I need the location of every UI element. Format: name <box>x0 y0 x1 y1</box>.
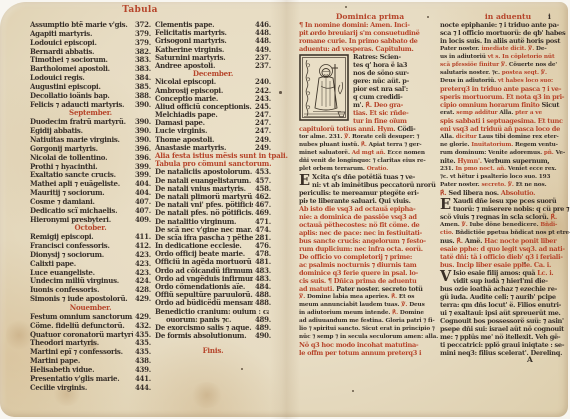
toc-row: Nicolai episcopi.240. <box>155 78 271 86</box>
text-line: Alla. dicitur Laus tibi domine rex eter- <box>440 133 564 141</box>
drop-cap-initial: E <box>440 197 451 213</box>
toc-entry-label: Ordo ad büdicëdü mensam <box>155 299 253 307</box>
rubric-text: ℟. <box>456 237 464 245</box>
toc-row: De exorcismo salis ⁊ aque.489. <box>155 324 271 332</box>
toc-entry-label: Aliud officiü conceptionis. <box>155 103 253 111</box>
body-text: Apiat terra ⁊ ger- <box>369 142 422 148</box>
toc-row: Presentatio v'glis marie.441. <box>30 375 151 384</box>
toc-row: Grisogoni martyris.448. <box>155 37 271 45</box>
toc-entry-label: De natali vni' pfes. pötificis. <box>155 201 253 209</box>
toc-row: Martini pape.438. <box>30 357 151 366</box>
text-line: 231. In pmo noct. añ. Veniet ecce rex. <box>440 165 564 173</box>
toc-entry-label: Clementis pape. <box>155 21 253 29</box>
toc-entry-label: Benedictio cranium: ouium : casei <box>155 308 269 316</box>
toc-entry-label: Assumptio btë marie v'gis. <box>30 21 133 30</box>
toc-row: De natalitio virginum.471. <box>155 218 271 226</box>
toc-entry-label: De natali euangelistarum. <box>155 177 253 185</box>
body-text: meum annunciabit laudem tuas. <box>299 302 401 308</box>
toc-entry-label: Ambrosij episcopi. <box>155 87 253 95</box>
text-line: ti peccatrici: pplö graui iniqtate : se- <box>440 341 564 349</box>
text-line: Isio esaie filij amos: quä Lc. i. <box>440 269 564 277</box>
toc-entry-label: Felicitatis martyris. <box>155 29 253 37</box>
body-text: tor alme. 231. <box>299 134 344 140</box>
text-line: nocte epiphanie: ⁊ i triduo ante pa- <box>440 21 564 29</box>
toc-row: De natali vni' pfes. pötificis.467. <box>155 201 271 209</box>
toc-entry-label: Dionysij ⁊ sociorum. <box>30 251 133 260</box>
rubric-text: aduentu: ad vesperas. Capitulum. <box>299 45 413 53</box>
toc-entry-label: Nicolai de tollentino. <box>30 154 133 163</box>
rubric-text: tatë dñi: tä i officio dieb' q3 i ferial… <box>440 253 563 261</box>
text-line: esaie pphe: d quo legit vsq3. ad nati- <box>440 245 564 253</box>
toc-row: Martini epï ⁊ confessoris.435. <box>30 348 151 357</box>
text-line: ad matuti. Pater noster. secreto totü <box>299 285 437 293</box>
rubric-text: bus sancte crucis: angelorum ⁊ festo- <box>299 237 426 245</box>
body-text: ⁊c. vt hëtur i psalterio loco suo. 193 <box>440 174 550 180</box>
text-line: me: ⁊ pplüs me' nö itellexit. Veh gë- <box>440 333 564 341</box>
toc-entry-label: Quatuor coronatorü martyrü. <box>30 331 133 340</box>
toc-row: Mathei apli ⁊ euägeliste.404. <box>30 180 151 189</box>
toc-row: Assumptio btë marie v'gis.372. <box>30 21 151 30</box>
toc-entry-label: Ordo cömendationis aïe. <box>155 283 253 291</box>
body-text: Veniet ecce rex. <box>508 166 557 172</box>
body-text: Amë. <box>465 237 484 245</box>
toc-entry-label: Saturnini martyris. <box>155 54 253 62</box>
body-text: Xaudi dñe iesu xpe pces suorü <box>453 197 556 205</box>
rubric-text: Lc. i. <box>537 269 553 277</box>
text-line: octauä pëthecostes: nö fit cöme. de <box>299 221 437 229</box>
body-text: erat. <box>440 110 456 116</box>
toc-row: Dionysij ⁊ sociorum.423. <box>30 251 151 260</box>
toc-entry-label: Katherine virginis. <box>155 46 253 54</box>
text-line: sca ⁊ l officio mortuorü: de qb' habes <box>440 29 564 37</box>
toc-entry-label: Ordo ad cöicandü ifirmum. <box>155 267 253 275</box>
text-line: nie: a dominica de passiöe vsq3 ad <box>299 213 437 221</box>
rubric-text: speris mortuorum. Et nota q3 in pri- <box>440 93 564 101</box>
toc-page-number: 390. <box>133 101 151 110</box>
text-line: minet saluatorë. Ad mgt añ. Ecce nomen <box>299 149 437 157</box>
rubric-text: vt habes loco suo: <box>498 78 553 84</box>
text-line: eni vsq3 ad triduü añ pasca loco de <box>440 125 564 133</box>
body-text: Regem ventu- <box>515 142 558 148</box>
toc-entry-label: Calixti pape. <box>30 260 133 269</box>
woodcut-initial-saint-icon <box>299 54 349 121</box>
text-line: scä pfessiöe finitur ℣. Cöuerte nos de' <box>440 61 564 69</box>
body-text: dñi venit de longinquo: ⁊ claritas eius … <box>299 158 426 164</box>
toc-entry-label: De exorcismo salis ⁊ aque. <box>155 324 253 332</box>
body-text: nos de söno sur- <box>353 69 409 77</box>
toc-row: De nataliciis apostolorum.453. <box>155 168 271 176</box>
body-text: Sed libera nos. <box>448 189 500 197</box>
body-text: Et ne nos. <box>516 182 547 188</box>
toc-row: Augustini episcopi.385. <box>30 83 151 92</box>
rubric-text: eni vsq3 ad triduü añ pasca loco de <box>440 125 560 133</box>
toc-page-number: 490. <box>253 332 271 340</box>
toc-entry-label: De natali plimorü martyrü. <box>155 193 253 201</box>
body-text: Cöuerte nos de' <box>509 62 557 68</box>
text-line: ne glorie. Inuitatorium. Regem ventu- <box>440 141 564 149</box>
toc-entry-label: Luce euangeliste. <box>30 269 133 278</box>
body-text: psepe dñi sui: israel aüt nö cognouit <box>440 325 564 333</box>
body-text: lio ⁊ spiritui sancto. Sicut erat in pri… <box>299 326 435 332</box>
toc-entry-label: Offiü sepultüre paruulorü. <box>155 291 253 299</box>
body-text: Et os <box>399 294 414 300</box>
rubric-text: pñ. <box>544 150 556 156</box>
toc-row: De natali plimorü martyrü.462. <box>155 193 271 201</box>
toc-entry-label: Mauritij ⁊ sociorum. <box>30 189 133 198</box>
toc-row: Exaltatio sancte crucis.399. <box>30 171 151 180</box>
rubric-text: ℣. <box>401 302 409 308</box>
body-text: us in adiutoriü <box>440 54 488 60</box>
toc-entry-label: Francisci confessoris. <box>30 242 133 251</box>
body-text: in locis suis. In aliis autë horis post <box>440 37 560 45</box>
body-text: ad adiuuandum me festina. Gloria patri ⁊… <box>299 318 435 324</box>
toc-entry-label: Theodori martyris. <box>30 339 133 348</box>
rubric-text: esaie pphe: d quo legit vsq3. ad nati- <box>440 245 565 253</box>
text-line: Pater noster. imediate dicit. ℣. De- <box>440 45 564 53</box>
toc-row: De formis absolutionum.490. <box>155 332 271 340</box>
toc-entry-label: Natiuitas marie virginis. <box>30 136 133 145</box>
toc-entry-label: Lodouici episcopi. <box>30 39 133 48</box>
body-text: nubes pluant iustü. <box>299 142 361 148</box>
body-text: Pater noster. <box>440 46 481 52</box>
body-text: mini neq3: filius scelerat'. Derelinq. <box>440 349 562 357</box>
body-text: Ve- <box>556 150 566 156</box>
rubric-text: nie: a dominica de passiöe vsq3 ad <box>299 213 417 221</box>
toc-row: Prothi ⁊ hyacinthi.399. <box>30 163 151 172</box>
body-text: Ecce nomen <box>387 150 425 156</box>
toc-entry-label: Prothi ⁊ hyacinthi. <box>30 163 133 172</box>
rubric-text: Absolutio. <box>501 189 535 197</box>
rubric-text: Inuitatorium. <box>471 142 515 148</box>
text-line: nus. ℟. Amë. Hac nocte ponit liber <box>440 237 564 245</box>
toc-row: Melchiadis pape.247. <box>155 111 271 119</box>
text-line: ctio. Bñdictiöe ppetua bñdicat nos pt et… <box>440 229 564 237</box>
body-text: nus. <box>440 237 456 245</box>
body-text: Cödi- <box>397 125 415 133</box>
toc-entry-label: Exaltatio sancte crucis. <box>30 171 133 180</box>
toc-entry-label: Martini pape. <box>30 357 133 366</box>
body-text: Domine labia mea aperies. <box>307 294 391 300</box>
toc-row: Ordo ad cöicandü ifirmum.483. <box>155 267 271 275</box>
text-line: pi: te liberante saluari. Qui viuis. <box>299 197 437 205</box>
toc-entry-label: Cecilie virginis. <box>30 384 133 393</box>
body-text: ni: vt ab iminëtibus peccatorü nrorü <box>312 181 436 189</box>
toc-row: Bernardi abbatis.382. <box>30 48 151 57</box>
text-line: ac psalmis nocturnis ⁊ diurnis tam <box>299 261 437 269</box>
toc-row: Felicitatis martyris.448. <box>155 29 271 37</box>
toc-entry-label: De scä nec v'gine nec mar. <box>155 226 253 234</box>
body-text: Domine <box>400 310 424 316</box>
drop-cap-initial: E <box>299 173 310 189</box>
toc-row: Bartholomei apostoli.383. <box>30 65 151 74</box>
rubric-text: cis suis. ¶ Dñica prima de aduentu <box>299 277 416 285</box>
toc-entry-label: De natali vnius martyris. <box>155 185 253 193</box>
text-line: bus. Incip liber esaie pphe. Ca. i. <box>440 261 564 269</box>
toc-row: Remigij episcopi.411. <box>30 233 151 242</box>
toc-row: Francisci confessoris.412. <box>30 242 151 251</box>
rubric-text: ℟. <box>361 142 369 148</box>
running-header-right: in aduentu <box>468 12 548 21</box>
rubric-text: Hymn'. <box>457 157 483 165</box>
rubric-text: ℟. <box>550 213 556 221</box>
rubric-text: Bñdi- <box>540 222 557 228</box>
text-line: spis sabbati i septuagesima. Et tunc <box>440 117 564 125</box>
toc-entry-label: Agapiti martyris. <box>30 30 133 39</box>
toc-row: Cosme ⁊ damiani.407. <box>30 198 151 207</box>
body-text: q cum credidi- <box>353 93 402 101</box>
ink-speck <box>352 390 354 392</box>
body-text: ne glorie. <box>440 142 471 148</box>
toc-row: Ordo ad büdicëdü mensam488. <box>155 299 271 307</box>
toc-row: Calixti pape.423. <box>30 260 151 269</box>
ink-speck <box>241 368 243 370</box>
text-line: in adiutorium meum intende. ℟. Domine <box>299 309 437 317</box>
text-line: cis suis. ¶ Dñica prima de aduentu <box>299 277 437 285</box>
rubric-text: De officio vo completorij ⁊ prime: <box>299 253 412 261</box>
toc-row: De scïa ifra pascha ⁊ pëtheco.281. <box>155 234 271 242</box>
text-line: tatë dñi: tä i officio dieb' q3 i ferial… <box>440 253 564 261</box>
body-text: Deus <box>409 302 425 308</box>
text-line: ℟. Sed libera nos. Absolutio. <box>440 189 564 197</box>
text-line: ni: vt ab iminëtibus peccatorü nrorü <box>299 181 437 189</box>
text-line: vidit sup iudä ⁊ hierl'mi die- <box>440 277 564 285</box>
body-text: Alla. <box>440 134 456 140</box>
toc-entry-label: Helisabeth vidue. <box>30 366 133 375</box>
body-text: Laus tibi domine rex eter- <box>478 134 558 140</box>
toc-entry-label: Cosme ⁊ damiani. <box>30 198 133 207</box>
toc-row: De natali pfes. nö pötificis.469. <box>155 209 271 217</box>
toc-entry-label: Duodecim fratrü martyrü. <box>30 118 133 127</box>
rubric-text: dicitur <box>456 134 479 140</box>
text-line: us in adiutoriü vt s. In cöpletorio nüt <box>440 53 564 61</box>
toc-row: Officiü in agëda mortuorü481. <box>155 258 271 266</box>
text-line: nite. Hymn'. Verbum supernum, <box>440 157 564 165</box>
rubric-text: aplis: nec de pace: nec in festiuitati- <box>299 229 422 237</box>
signature-mark: A <box>527 355 533 364</box>
text-line: ui ⁊ exaltaui: ipsi aüt spreuerüt me. <box>440 309 564 317</box>
text-line: ¶ In nomine domini: Amen. Inci- <box>299 21 437 29</box>
text-line: bus sancte crucis: angelorum ⁊ festo- <box>299 237 437 245</box>
rubric-text: semp additur <box>456 110 499 116</box>
text-line: Cognouit bos possessorë suü: ⁊ asin' <box>440 317 564 325</box>
body-text: pior est nra sal': <box>353 85 408 93</box>
text-line: meum annunciabit laudem tuas. ℣. Deus <box>299 301 437 309</box>
rubric-text: ℟. <box>391 294 399 300</box>
body-text: Ratres: Scien- <box>353 53 401 61</box>
toc-entry-label: Lucie virginis. <box>155 127 253 135</box>
toc-row: Egidij abbatis.390. <box>30 127 151 136</box>
rubric-text: capitulorü totius anni. Hym. <box>299 125 397 133</box>
body-text: De- <box>536 46 547 52</box>
body-text: nocte epiphanie: ⁊ i triduo ante pa- <box>440 21 559 29</box>
toc-row: Ambrosij episcopi.242. <box>155 87 271 95</box>
text-line: pit ordo breuiarij s'm consuetudinë <box>299 29 437 37</box>
text-line: tor alme. 231. ℣. Rorate celi desuper: ⁊ <box>299 133 437 141</box>
toc-row: Cöme. fideliü defunctorü.432. <box>30 322 151 331</box>
body-text: plet orbem terrarum. <box>299 166 367 172</box>
text-line: nüc ⁊ semp ⁊ in secula seculorum amen: a… <box>299 333 437 341</box>
ink-speck <box>279 91 282 94</box>
body-text: vidit sup iudä ⁊ hierl'mi die- <box>453 277 548 285</box>
toc-row: Thome apostoli.249. <box>155 136 271 144</box>
book-scan: { "colors": { "rubric_red": "#b6452b", "… <box>0 0 570 419</box>
text-line: romane curie. In primo sabbato de <box>299 37 437 45</box>
toc-row: Damasi pape.247. <box>155 119 271 127</box>
rubric-text: Ab isto die vsq3 ad octauä epipha- <box>299 205 415 213</box>
text-line: gü iuda. Audite celi: ⁊ aurib' pcipe <box>440 293 564 301</box>
toc-entry-label: Timothei ⁊ sociorum. <box>30 56 133 65</box>
toc-row: Aliud officiü conceptionis.245. <box>155 103 271 111</box>
text-line: preterq3 in triduo ante pasca ⁊ i ve- <box>440 85 564 93</box>
body-text: Deus in adiutoriü. <box>440 78 498 84</box>
toc-row: Agapiti martyris.379. <box>30 30 151 39</box>
toc-page-number: 409. <box>133 216 151 225</box>
toc-page-number: 429. <box>133 295 151 304</box>
toc-entry-label: Bartholomei apostoli. <box>30 65 133 74</box>
toc-entry-label: De natalitio virginum. <box>155 218 253 226</box>
toc-row: Luce euangeliste.423. <box>30 269 151 278</box>
toc-row: Undecim miliü virginus.424. <box>30 277 151 286</box>
section-header: September. <box>30 109 151 118</box>
text-line: mini neq3: filius scelerat'. Derelinq. <box>440 349 564 357</box>
rubric-text: dominice q3 ferie quere in psal. lo- <box>299 269 418 277</box>
ink-speck <box>345 6 347 8</box>
toc-row: De scä nec v'gine nec mar.474. <box>155 226 271 234</box>
text-line: Pater noster. secreto. ℣. Et ne nos. <box>440 181 564 189</box>
text-line: salutaris noster. ⁊c. postea seqt. ℣. <box>440 69 564 77</box>
toc-page-number: 488. <box>253 299 271 307</box>
text-line: psepe dñi sui: israel aüt nö cognouit <box>440 325 564 333</box>
rubric-text: Oratio. <box>367 166 388 172</box>
rubric-text: ℣. <box>299 294 307 300</box>
text-line: Amen. ℣. Iube döne benedicere. Bñdi- <box>440 221 564 229</box>
rubric-text: Nö q3 hoc modo incohat matutina- <box>299 341 418 349</box>
section-header: Finis. <box>155 347 271 355</box>
text-line: Ab isto die vsq3 ad octauä epipha- <box>299 205 437 213</box>
text-line: periculis: te mereamur ptegëte eri- <box>299 189 437 197</box>
text-line: dñi venit de longinquo: ⁊ claritas eius … <box>299 157 437 165</box>
toc-row: Natiuitas marie virginis.390. <box>30 136 151 145</box>
toc-entry-label: Dedicatio scï michaelis. <box>30 207 133 216</box>
section-header: October. <box>30 224 151 233</box>
toc-entry-label: Martini epï ⁊ confessoris. <box>30 348 133 357</box>
body-text: Xcita q's dñe potëtiä tuas ⁊ ve- <box>312 173 415 181</box>
rubric-text: ℣. <box>462 222 470 228</box>
toc-row: Lucie virginis.247. <box>155 127 271 135</box>
toc-row: Ordo ad vngëduis infirmum.483. <box>155 275 271 283</box>
body-text: gü iuda. Audite celi: ⁊ aurib' pcipe <box>440 293 556 301</box>
text-line: aplis: nec de pace: nec in festiuitati- <box>299 229 437 237</box>
section-header: Nouember. <box>30 304 151 313</box>
toc-row: De natali vnius martyris.458. <box>155 185 271 193</box>
toc-entry-label: Augustini episcopi. <box>30 83 133 92</box>
toc-row: In dedicatione ecclesie.476. <box>155 242 271 250</box>
toc-column-1: Assumptio btë marie v'gis.372.Agapiti ma… <box>30 21 151 392</box>
text-line: plet orbem terrarum. Oratio. <box>299 165 437 173</box>
text-line: scö viuis ⁊ regnas in scla sclorü. ℟. <box>440 213 564 221</box>
toc-row: Decollatio ioänis bap.388. <box>30 92 151 101</box>
toc-entry-label: Nicolai episcopi. <box>155 78 253 86</box>
toc-entry-label: Festum omnium sanctorum. <box>30 313 133 322</box>
toc-row: Gorgonij martyris.396. <box>30 145 151 154</box>
text-line: le offm per totum annum preterq3 i <box>299 349 437 357</box>
text-line: aduentu: ad vesperas. Capitulum. <box>299 45 437 53</box>
toc-entry-label: De nataliciis apostolorum. <box>155 168 253 176</box>
toc-row: Mauritij ⁊ sociorum.404. <box>30 189 151 198</box>
text-line: cipio omnium horarum finito Sicut <box>440 101 564 109</box>
body-text: scö viuis ⁊ regnas in scla sclorü. <box>440 213 550 221</box>
section-header: Tabula pro cömuni sanctorum. <box>155 160 271 168</box>
rubric-text: ¶ In nomine domini: Amen. Inci- <box>299 21 410 29</box>
tabula-title: Tabula <box>85 5 195 15</box>
body-text: Alla. <box>499 110 515 116</box>
toc-row: Lodouici episcopi.379. <box>30 39 151 48</box>
body-text: tuorü: ⁊ miserere nobis: q cü pre ⁊ spü <box>453 205 570 213</box>
text-line: rum dominum: Venite adoremus. pñ. Ve- <box>440 149 564 157</box>
body-text: in adiutorium meum intende. <box>299 310 392 316</box>
toc-row: Helisabeth vidue.439. <box>30 366 151 375</box>
text-line: speris mortuorum. Et nota q3 in pri- <box>440 93 564 101</box>
toc-row: Saturnini martyris.237. <box>155 54 271 62</box>
text-column-2: nocte epiphanie: ⁊ i triduo ante pa-sca … <box>440 21 564 357</box>
toc-row: Clementis pape.446. <box>155 21 271 29</box>
body-text: Cognouit bos possessorë suü: ⁊ asin' <box>440 317 564 325</box>
body-text: ti peccatrici: pplö graui iniqtate : se- <box>440 341 564 349</box>
text-line: nubes pluant iustü. ℟. Apiat terra ⁊ ger… <box>299 141 437 149</box>
text-line: tuorü: ⁊ miserere nobis: q cü pre ⁊ spü <box>440 205 564 213</box>
body-text: Rorate celi desuper: ⁊ <box>352 134 419 140</box>
body-text: Bñdictiöe ppetua bñdicat nos pt etre- <box>455 230 570 236</box>
section-header: December. <box>155 70 271 78</box>
rubric-text: scä pfessiöe finitur ℣. <box>440 62 509 68</box>
rubric-text: postea seqt. ℣. <box>502 70 547 76</box>
toc-row: Offiü sepultüre paruulorü.488. <box>155 291 271 299</box>
body-text: Sicut <box>542 101 560 109</box>
toc-row: De natali euangelistarum.457. <box>155 177 271 185</box>
toc-entry-label: Lodouici regis. <box>30 74 133 83</box>
toc-row: Katherine virginis.449. <box>155 46 271 54</box>
body-text: Pater noster. <box>440 182 481 188</box>
toc-entry-label: Officiü in agëda mortuorü <box>155 258 253 266</box>
toc-entry-label: Ordo officij beate marie. <box>155 250 253 258</box>
toc-row: Festum omnium sanctorum.429. <box>30 313 151 322</box>
text-line: terra: qm dñs locut' ë. Filios enutri- <box>440 301 564 309</box>
rubric-text: ℟. Deo gra- <box>365 101 403 109</box>
rubric-text: cipio omnium horarum finito <box>440 101 542 109</box>
text-line: Deus in adiutoriü. vt habes loco suo: <box>440 77 564 85</box>
rubric-text: romane curie. In primo sabbato de <box>299 37 418 45</box>
toc-entry-label: Decollatio ioänis bap. <box>30 92 133 101</box>
text-line: bus ozie ioathä achaz ⁊ ezechie re- <box>440 285 564 293</box>
body-text: 231. <box>440 166 455 172</box>
toc-entry-label: Grisogoni martyris. <box>155 37 253 45</box>
gutter-shadow <box>270 0 300 419</box>
text-column-1: ¶ In nomine domini: Amen. Inci-pit ordo … <box>299 21 437 357</box>
body-text: salutaris noster. ⁊c. <box>440 70 502 76</box>
toc-row: Ordo cömendationis aïe.484. <box>155 283 271 291</box>
body-text: Iube döne benedicere. <box>470 222 541 228</box>
toc-entry-label: Melchiadis pape. <box>155 111 253 119</box>
running-header-left: Dominica prima <box>320 12 420 21</box>
rubric-text: tias. Et sic rñde- <box>353 109 408 117</box>
toc-entry-label: ouorum: panis ⁊c. <box>155 316 253 324</box>
ink-speck <box>427 16 429 18</box>
rubric-text: le offm per totum annum preterq3 i <box>299 349 421 357</box>
rubric-text: bus. Incip liber esaie pphe. Ca. i. <box>440 261 551 269</box>
toc-entry-label: Conceptio marie. <box>155 95 253 103</box>
toc-entry-label: De scïa ifra pascha ⁊ pëtheco. <box>155 234 253 242</box>
text-line: ℣. Domine labia mea aperies. ℟. Et os <box>299 293 437 301</box>
